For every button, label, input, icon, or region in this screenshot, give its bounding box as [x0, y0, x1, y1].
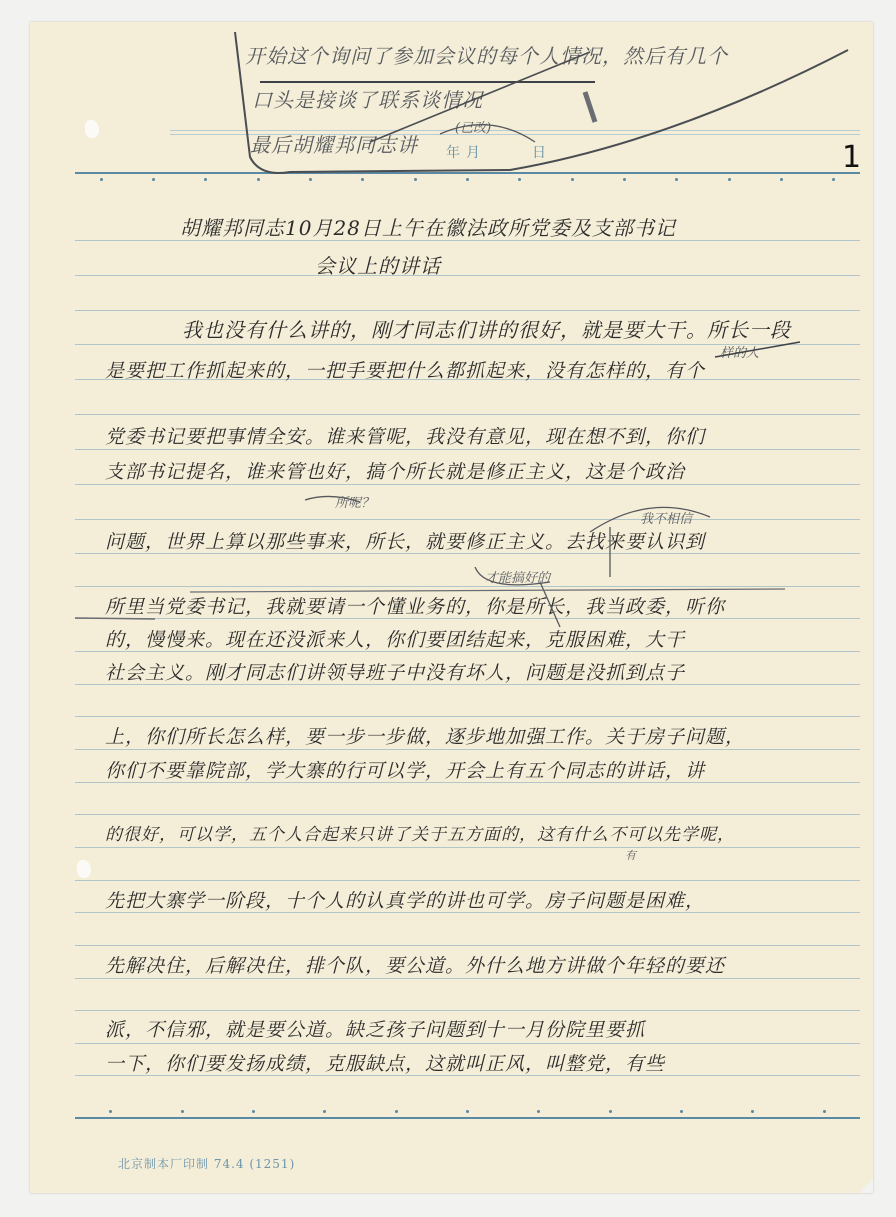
ruled-line	[75, 275, 860, 276]
ruled-line	[75, 519, 860, 520]
body-line-14: 派，不信邪，就是要公道。缺乏孩子问题到十一月份院里要抓	[105, 1015, 860, 1042]
footer-separator-line	[75, 1117, 860, 1119]
paper-hole	[77, 860, 91, 878]
body-line-8: 社会主义。刚才同志们讲领导班子中没有坏人，问题是没抓到点子	[105, 658, 860, 685]
printer-footer: 北京制本厂印制 74.4 (1251)	[118, 1155, 295, 1172]
annotation-text: 所呢？	[335, 492, 374, 511]
body-line-5: 问题，世界上算以那些事来，所长，就要修正主义。去找来要认识到	[105, 527, 860, 554]
page-number: 1	[842, 140, 861, 175]
ruled-line	[75, 978, 860, 979]
annotation-text: 有	[625, 847, 636, 863]
annotation-text: 才能搞好的	[485, 567, 550, 586]
printed-month-label: 月	[466, 142, 480, 162]
ruled-line	[75, 945, 860, 946]
printed-year-label: 年	[446, 142, 460, 162]
body-line-3: 党委书记要把事情全安。谁来管呢，我没有意见，现在想不到，你们	[105, 422, 860, 449]
ruled-line	[75, 847, 860, 848]
body-line-11: 的很好，可以学，五个人合起来只讲了关于五方面的，这有什么不可以先学呢，	[105, 820, 860, 845]
header-note-line-2: 口头是接谈了联系谈情况	[252, 84, 483, 113]
body-line-9: 上，你们所长怎么样，要一步一步做，逐步地加强工作。关于房子问题，	[105, 722, 860, 749]
printed-day-label: 日	[532, 142, 546, 162]
ruled-line	[75, 1010, 860, 1011]
title-line-1: 胡耀邦同志10月28日上午在徽法政所党委及支部书记	[180, 212, 676, 241]
ruled-line	[75, 814, 860, 815]
header-separator-line	[75, 172, 860, 174]
title-line-2: 会议上的讲话	[315, 250, 441, 279]
header-separator-dots	[75, 178, 860, 182]
header-note-line-1: 开始这个询问了参加会议的每个人情况，然后有几个	[245, 40, 728, 69]
body-line-4: 支部书记提名，谁来管也好，搞个所长就是修正主义，这是个政治	[105, 457, 860, 484]
footer-separator-dots	[75, 1110, 860, 1114]
annotation-text: 样的人	[720, 342, 759, 361]
ruled-line	[75, 880, 860, 881]
paper-hole	[85, 120, 99, 138]
ruled-line	[75, 716, 860, 717]
body-line-13: 先解决住，后解决住，排个队，要公道。外什么地方讲做个年轻的要还	[105, 951, 860, 978]
body-line-15: 一下，你们要发扬成绩，克服缺点，这就叫正风，叫整党，有些	[105, 1049, 860, 1076]
header-margin-annotation: (已改)	[455, 117, 491, 136]
ruled-line	[75, 1043, 860, 1044]
body-line-1: 我也没有什么讲的，刚才同志们讲的很好，就是要大干。所长一段	[182, 314, 896, 343]
ruled-line	[75, 414, 860, 415]
annotation-text: 我不相信	[640, 508, 692, 527]
document-page: 开始这个询问了参加会议的每个人情况，然后有几个 口头是接谈了联系谈情况 最后胡耀…	[30, 22, 873, 1193]
ruled-line	[75, 449, 860, 450]
body-line-10: 你们不要靠院部，学大寨的行可以学，开会上有五个同志的讲话，讲	[105, 756, 860, 783]
body-line-7: 的，慢慢来。现在还没派来人，你们要团结起来，克服困难，大干	[105, 625, 860, 652]
ruled-line	[75, 749, 860, 750]
body-line-12: 先把大寨学一阶段，十个人的认真学的讲也可学。房子问题是困难，	[105, 886, 860, 913]
ruled-line	[75, 586, 860, 587]
ruled-line	[75, 310, 860, 311]
body-line-6: 所里当党委书记，我就要请一个懂业务的，你是所长，我当政委，听你	[105, 592, 860, 619]
header-note-line-3: 最后胡耀邦同志讲	[250, 129, 418, 158]
ruled-line	[75, 484, 860, 485]
